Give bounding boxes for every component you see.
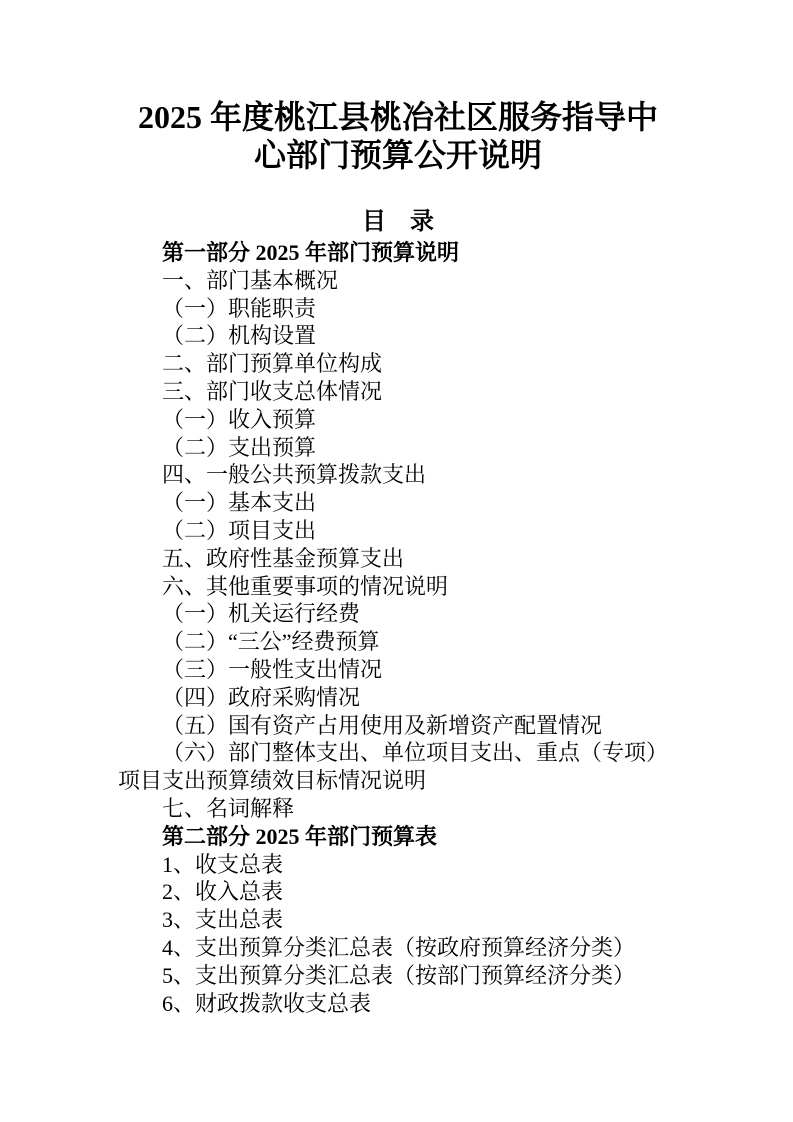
toc-item: （五）国有资产占用使用及新增资产配置情况 bbox=[118, 712, 678, 740]
toc-item: （二）机构设置 bbox=[118, 322, 678, 350]
toc-item: （二）项目支出 bbox=[118, 517, 678, 545]
toc-item: 第一部分 2025 年部门预算说明 bbox=[118, 239, 678, 267]
document-title-line-1: 2025 年度桃江县桃冶社区服务指导中 bbox=[118, 98, 678, 136]
toc-item: （一）基本支出 bbox=[118, 489, 678, 517]
toc-item: 2、收入总表 bbox=[118, 878, 678, 906]
toc-item: 1、收支总表 bbox=[118, 851, 678, 879]
toc-item: 七、名词解释 bbox=[118, 795, 678, 823]
toc-item: （一）收入预算 bbox=[118, 406, 678, 434]
toc-item: 4、支出预算分类汇总表（按政府预算经济分类） bbox=[118, 934, 678, 962]
toc-item: 第二部分 2025 年部门预算表 bbox=[118, 823, 678, 851]
toc-item: （二）支出预算 bbox=[118, 434, 678, 462]
toc-heading: 目 录 bbox=[118, 208, 678, 236]
toc-item: 五、政府性基金预算支出 bbox=[118, 545, 678, 573]
document-title-line-2: 心部门预算公开说明 bbox=[118, 136, 678, 174]
toc-item: 项目支出预算绩效目标情况说明 bbox=[118, 767, 678, 795]
toc-item: （六）部门整体支出、单位项目支出、重点（专项） bbox=[118, 739, 678, 767]
toc-item: （二）“三公”经费预算 bbox=[118, 628, 678, 656]
toc-list: 第一部分 2025 年部门预算说明一、部门基本概况（一）职能职责（二）机构设置二… bbox=[118, 239, 678, 1017]
toc-item: 二、部门预算单位构成 bbox=[118, 350, 678, 378]
toc-item: 3、支出总表 bbox=[118, 906, 678, 934]
document-page: 2025 年度桃江县桃冶社区服务指导中 心部门预算公开说明 目 录 第一部分 2… bbox=[0, 0, 793, 1122]
toc-item: 一、部门基本概况 bbox=[118, 267, 678, 295]
toc-item: （三）一般性支出情况 bbox=[118, 656, 678, 684]
toc-item: 三、部门收支总体情况 bbox=[118, 378, 678, 406]
document-title: 2025 年度桃江县桃冶社区服务指导中 心部门预算公开说明 bbox=[118, 98, 678, 174]
toc-item: （四）政府采购情况 bbox=[118, 684, 678, 712]
toc-item: 5、支出预算分类汇总表（按部门预算经济分类） bbox=[118, 962, 678, 990]
toc-item: 六、其他重要事项的情况说明 bbox=[118, 573, 678, 601]
toc-item: 6、财政拨款收支总表 bbox=[118, 990, 678, 1018]
toc-item: 四、一般公共预算拨款支出 bbox=[118, 461, 678, 489]
toc-item: （一）职能职责 bbox=[118, 295, 678, 323]
toc-item: （一）机关运行经费 bbox=[118, 600, 678, 628]
